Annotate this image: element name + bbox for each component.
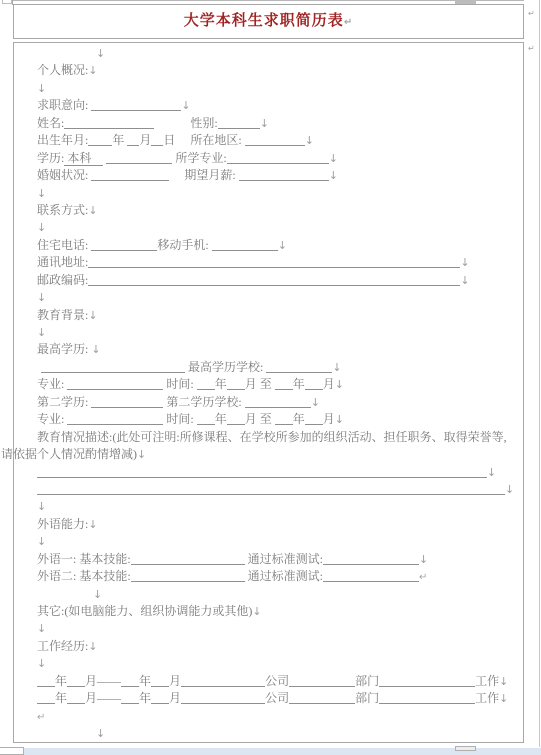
document-line: 外语能力:↓ — [14, 516, 523, 533]
document-line: 教育背景:↓ — [14, 307, 523, 324]
document-line: ↓ — [14, 289, 523, 306]
bottom-scroll-tab — [455, 746, 476, 751]
document-line: ↓ — [14, 655, 523, 672]
document-line: ↓ — [14, 586, 523, 603]
document-line: 工作经历:↓ — [14, 638, 523, 655]
document-line: 邮政编码:↓ — [14, 272, 523, 289]
title-table-cell: 大学本科生求职简历表↵ — [13, 4, 524, 39]
document-line: ↵ — [14, 708, 523, 725]
document-line: 其它:(如电脑能力、组织协调能力或其他)↓ — [14, 603, 523, 620]
document-line: 最高学历: ↓ — [14, 341, 523, 358]
document-line: 出生年月:年 月日 所在地区: ↓ — [14, 132, 523, 149]
document-line: 学历: 本科 所学专业:↓ — [14, 150, 523, 167]
document-line: 最高学历学校: ↓ — [14, 359, 523, 376]
document-line: ↓ — [14, 80, 523, 97]
document-body: ↓个人概况:↓↓求职意向: ↓姓名: 性别:↓出生年月:年 月日 所在地区: ↓… — [14, 45, 523, 743]
document-line: 年月——年月公司部门工作↓ — [14, 690, 523, 707]
document-line: ↓ — [14, 481, 523, 498]
document-line: 年月——年月公司部门工作↓ — [14, 673, 523, 690]
document-line: 请依据个人情况酌情增减)↓ — [1, 446, 523, 463]
document-line: 第二学历: 第二学历学校: ↓ — [14, 394, 523, 411]
document-title: 大学本科生求职简历表↵ — [14, 5, 523, 39]
document-line: 教育情况描述:(此处可注明:所修课程、在学校所参加的组织活动、担任职务、取得荣誉… — [14, 429, 523, 446]
document-line: 联系方式:↓ — [14, 202, 523, 219]
document-line: ↓ — [14, 620, 523, 637]
document-line: ↓ — [14, 533, 523, 550]
row-end-mark: ↵ — [528, 44, 535, 53]
title-paragraph-mark: ↵ — [344, 17, 353, 28]
bottom-left-margin-marker — [0, 747, 24, 755]
document-line: ↓ — [14, 498, 523, 515]
document-line: 住宅电话: 移动手机: ↓ — [14, 237, 523, 254]
resume-form-cell[interactable]: ↓个人概况:↓↓求职意向: ↓姓名: 性别:↓出生年月:年 月日 所在地区: ↓… — [13, 42, 524, 743]
document-line: 外语一: 基本技能: 通过标准测试:↓ — [14, 551, 523, 568]
right-text-boundary — [539, 0, 540, 747]
document-line: 专业: 时间: 年月 至 年月↓ — [14, 411, 523, 428]
previous-table-bottom-border — [13, 0, 524, 1]
document-line: ↓ — [14, 219, 523, 236]
document-line: ↓ — [14, 464, 523, 481]
document-line: 婚姻状况: 期望月薪: ↓ — [14, 167, 523, 184]
title-text: 大学本科生求职简历表 — [184, 13, 344, 29]
document-line: 求职意向: ↓ — [14, 97, 523, 114]
top-left-margin-marker — [2, 0, 12, 4]
document-line: ↓ — [14, 725, 523, 742]
document-line: ↓ — [14, 185, 523, 202]
row-end-mark: ↵ — [528, 9, 535, 18]
document-line: 专业: 时间: 年月 至 年月↓ — [14, 376, 523, 393]
document-line: 姓名: 性别:↓ — [14, 115, 523, 132]
document-line: 外语二: 基本技能: 通过标准测试:↵ — [14, 568, 523, 585]
document-line: 个人概况:↓ — [14, 62, 523, 79]
document-line: ↓ — [14, 324, 523, 341]
document-line: ↓ — [14, 45, 523, 62]
document-line: 通讯地址:↓ — [14, 254, 523, 271]
